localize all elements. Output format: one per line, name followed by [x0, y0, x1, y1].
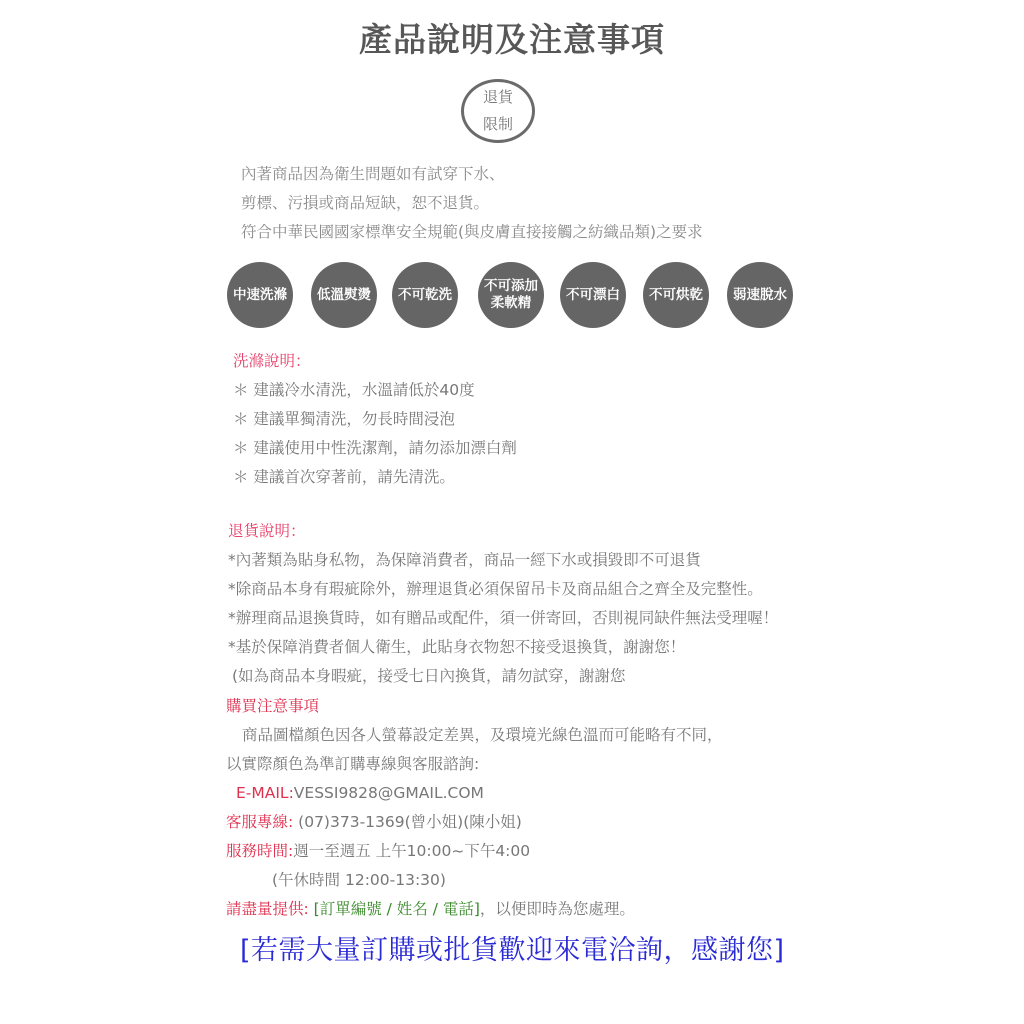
care-label: 不可烘乾	[649, 287, 703, 304]
wash-item: ＊ 建議冷水清洗，水溫請低於40度	[233, 376, 517, 405]
returns-item: *辦理商品退換貨時，如有贈品或配件，須一併寄回，否則視同缺件無法受理喔！	[228, 604, 778, 633]
care-label: 中速洗滌	[233, 287, 287, 304]
phone-value[interactable]: (07)373-1369(曾小姐)(陳小姐)	[293, 813, 522, 831]
no-bleach-icon: 不可漂白	[560, 262, 626, 328]
return-restriction-badge: 退貨 限制	[461, 79, 535, 143]
badge-line-1: 退貨	[483, 84, 513, 111]
provide-row: 請盡量提供: [訂單編號 / 姓名 / 電話]，以便即時為您處理。	[226, 895, 723, 924]
purchase-notes: 購買注意事項 商品圖檔顏色因各人螢幕設定差異，及環境光線色溫而可能略有不同， 以…	[226, 692, 723, 924]
intro-line: 內著商品因為衛生問題如有試穿下水、	[241, 160, 703, 189]
badge-line-2: 限制	[483, 111, 513, 138]
intro-line: 剪標、污損或商品短缺，恕不退貨。	[241, 189, 703, 218]
medium-wash-icon: 中速洗滌	[227, 262, 293, 328]
wash-item: ＊ 建議單獨清洗，勿長時間浸泡	[233, 405, 517, 434]
email-row: E-MAIL:VESSI9828@GMAIL.COM	[226, 779, 723, 808]
return-instructions: 退貨說明： *內著類為貼身私物，為保障消費者，商品一經下水或損毀即不可退貨 *除…	[228, 517, 778, 691]
care-label: 低溫熨燙	[317, 287, 371, 304]
wash-item: ＊ 建議首次穿著前，請先清洗。	[233, 463, 517, 492]
page-title: 產品說明及注意事項	[0, 14, 1024, 61]
no-softener-icon: 不可添加 柔軟精	[478, 262, 544, 328]
intro-line: 符合中華民國國家標準安全規範(與皮膚直接接觸之紡織品類)之要求	[241, 218, 703, 247]
wash-instructions: 洗滌說明： ＊ 建議冷水清洗，水溫請低於40度 ＊ 建議單獨清洗，勿長時間浸泡 …	[233, 347, 517, 492]
purchase-line: 商品圖檔顏色因各人螢幕設定差異，及環境光線色溫而可能略有不同，	[226, 721, 723, 750]
returns-heading: 退貨說明：	[228, 517, 778, 546]
no-dry-clean-icon: 不可乾洗	[392, 262, 458, 328]
care-label: 柔軟精	[491, 295, 532, 312]
hours-row: 服務時間:週一至週五 上午10:00~下午4:00	[226, 837, 723, 866]
email-value[interactable]: VESSI9828@GMAIL.COM	[294, 784, 484, 802]
care-label: 弱速脫水	[733, 287, 787, 304]
purchase-heading: 購買注意事項	[226, 692, 723, 721]
hours-value: 週一至週五 上午10:00~下午4:00	[293, 842, 530, 860]
intro-text: 內著商品因為衛生問題如有試穿下水、 剪標、污損或商品短缺，恕不退貨。 符合中華民…	[241, 160, 703, 247]
bulk-order-note: [若需大量訂購或批貨歡迎來電洽詢，感謝您]	[240, 928, 785, 967]
hours-label: 服務時間:	[226, 842, 293, 860]
provide-suffix: ，以便即時為您處理。	[480, 900, 635, 918]
phone-row: 客服專線: (07)373-1369(曾小姐)(陳小姐)	[226, 808, 723, 837]
returns-item: *除商品本身有瑕疵除外，辦理退貨必須保留吊卡及商品組合之齊全及完整性。	[228, 575, 778, 604]
returns-item: *基於保障消費者個人衛生，此貼身衣物恕不接受退換貨，謝謝您！	[228, 633, 778, 662]
low-iron-icon: 低溫熨燙	[311, 262, 377, 328]
care-label: 不可添加	[484, 278, 538, 295]
care-label: 不可漂白	[566, 287, 620, 304]
wash-item: ＊ 建議使用中性洗潔劑，請勿添加漂白劑	[233, 434, 517, 463]
low-spin-icon: 弱速脫水	[727, 262, 793, 328]
returns-item: (如為商品本身暇疵，接受七日內換貨，請勿試穿，謝謝您	[228, 662, 778, 691]
returns-item: *內著類為貼身私物，為保障消費者，商品一經下水或損毀即不可退貨	[228, 546, 778, 575]
care-label: 不可乾洗	[398, 287, 452, 304]
provide-fields: [訂單編號 / 姓名 / 電話]	[309, 900, 480, 918]
purchase-line: 以實際顏色為準訂購專線與客服諮詢:	[226, 750, 723, 779]
no-tumble-dry-icon: 不可烘乾	[643, 262, 709, 328]
wash-heading: 洗滌說明：	[233, 347, 517, 376]
phone-label: 客服專線:	[226, 813, 293, 831]
email-label: E-MAIL:	[236, 784, 294, 802]
provide-label: 請盡量提供:	[226, 900, 309, 918]
lunch-break: (午休時間 12:00-13:30)	[226, 866, 723, 895]
